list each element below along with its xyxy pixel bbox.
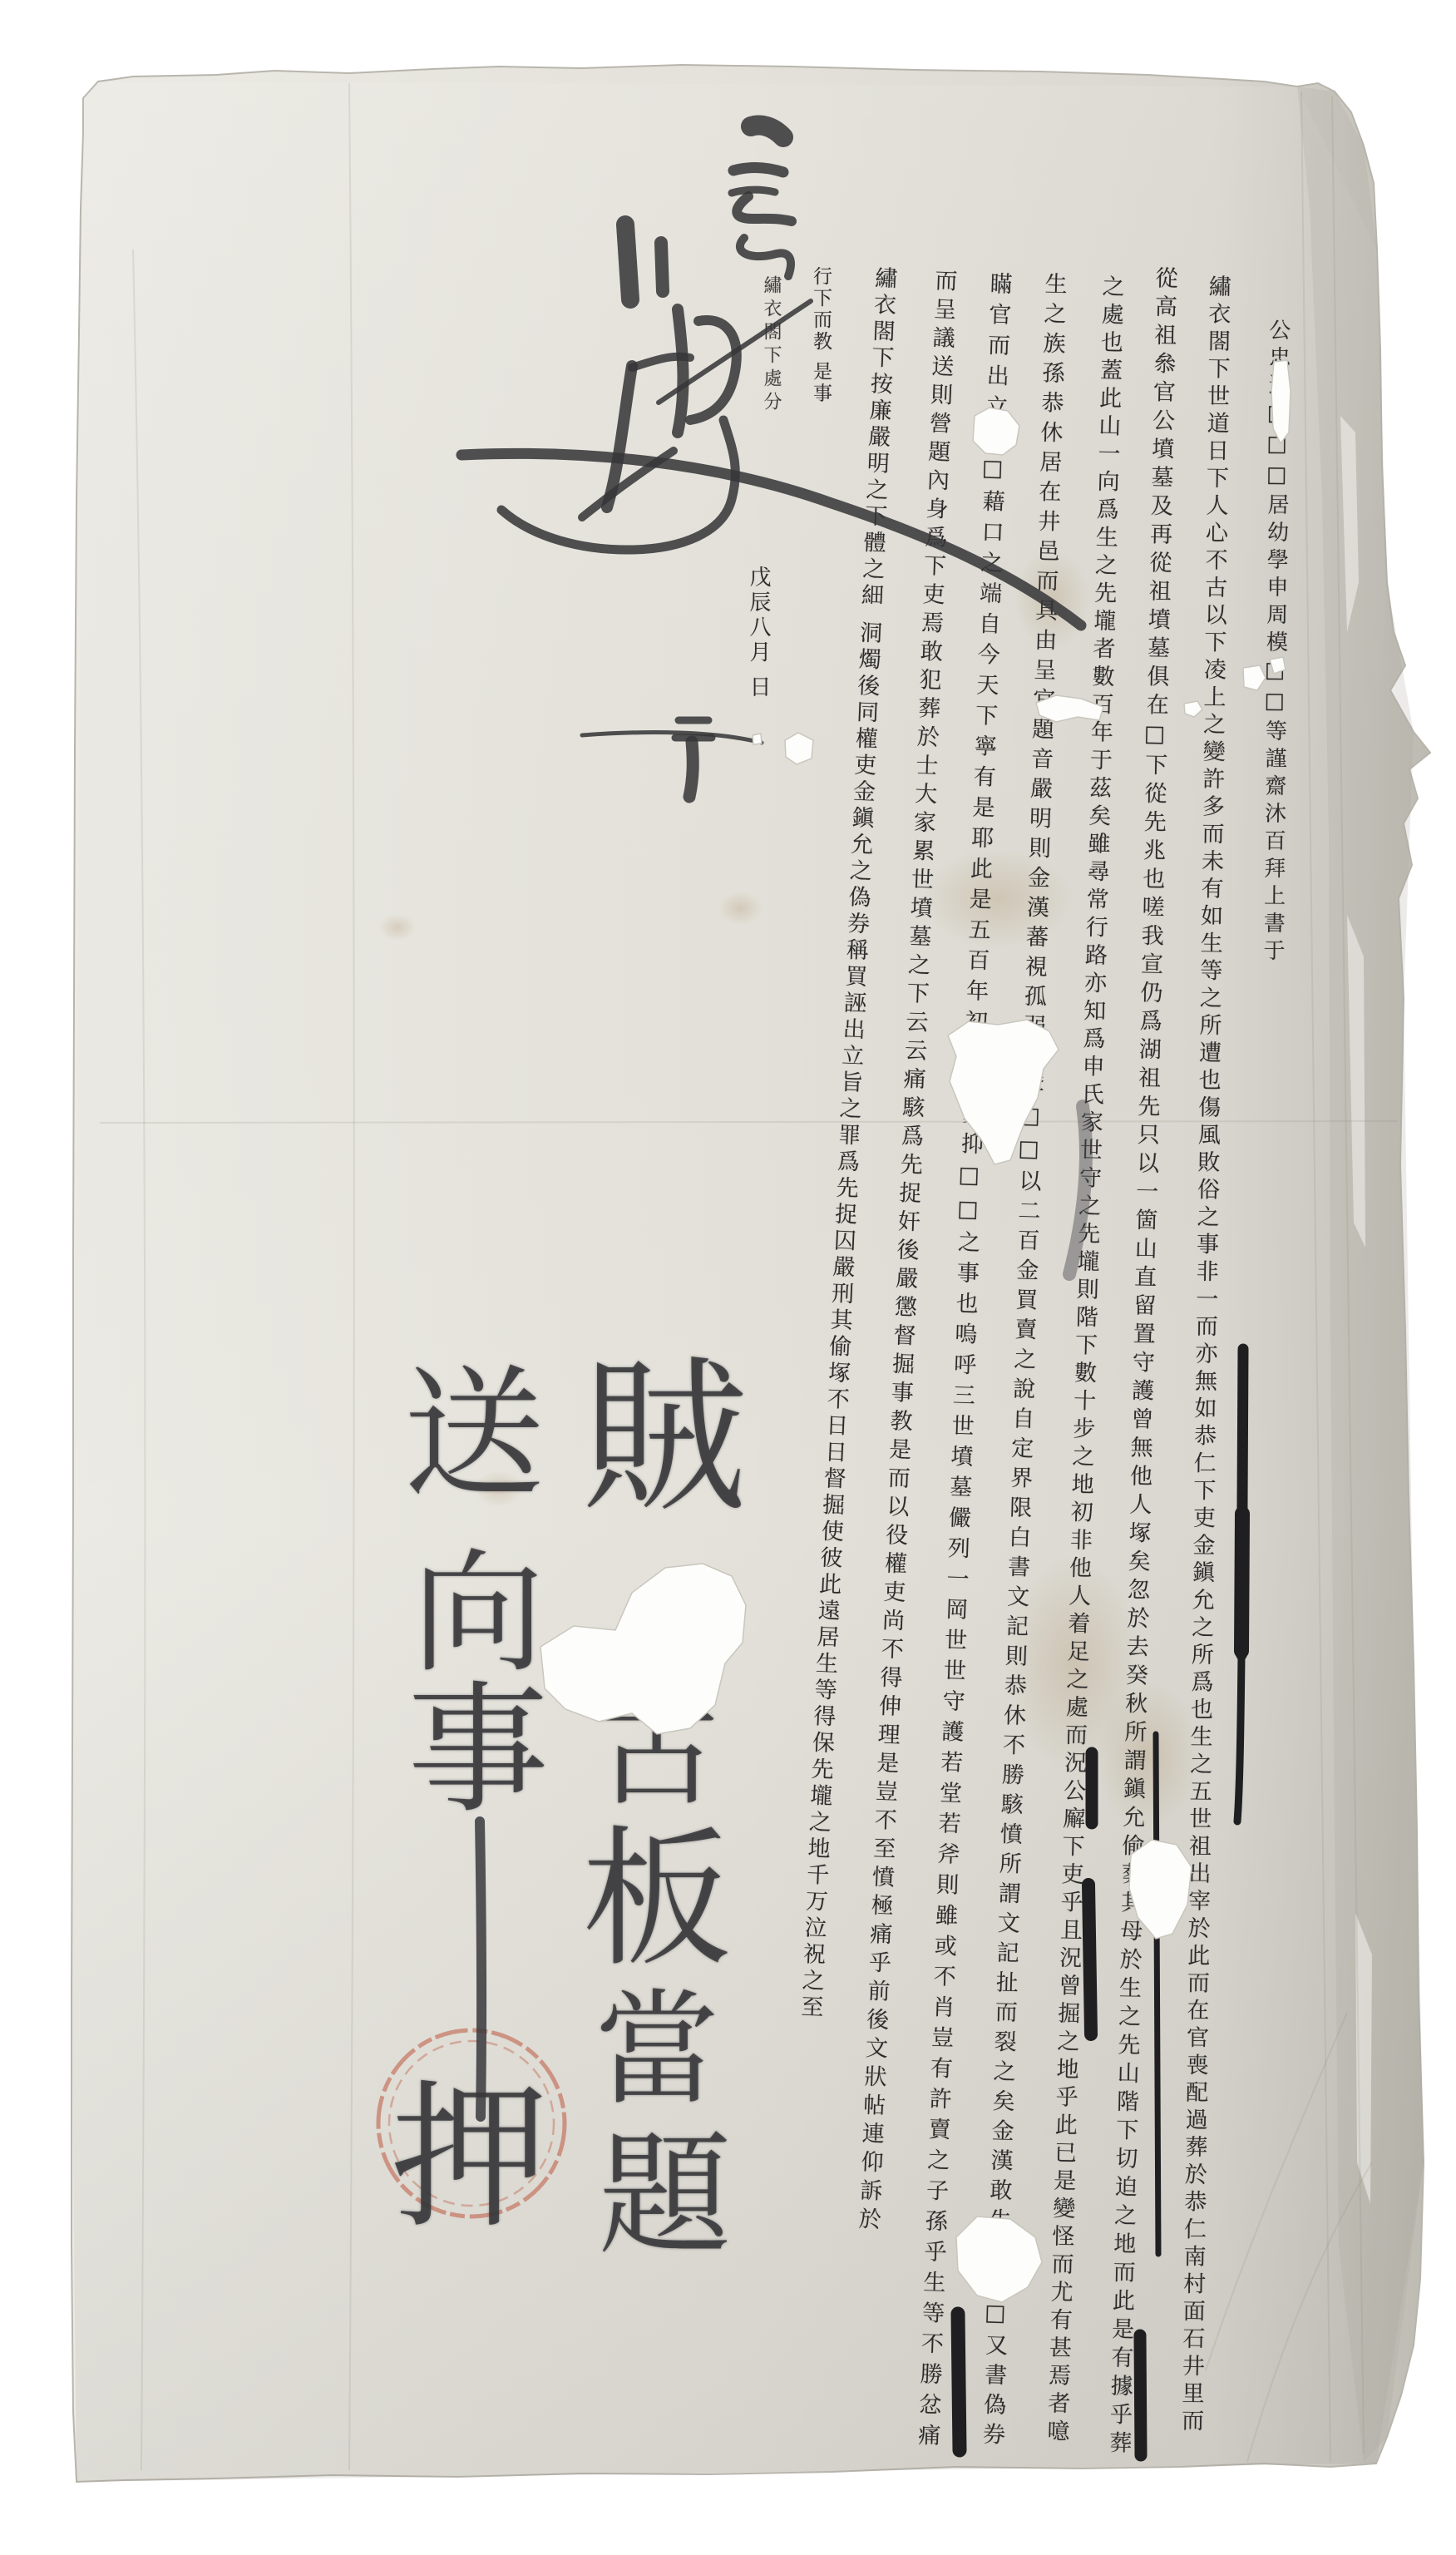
paper-holes [0, 0, 1456, 2555]
